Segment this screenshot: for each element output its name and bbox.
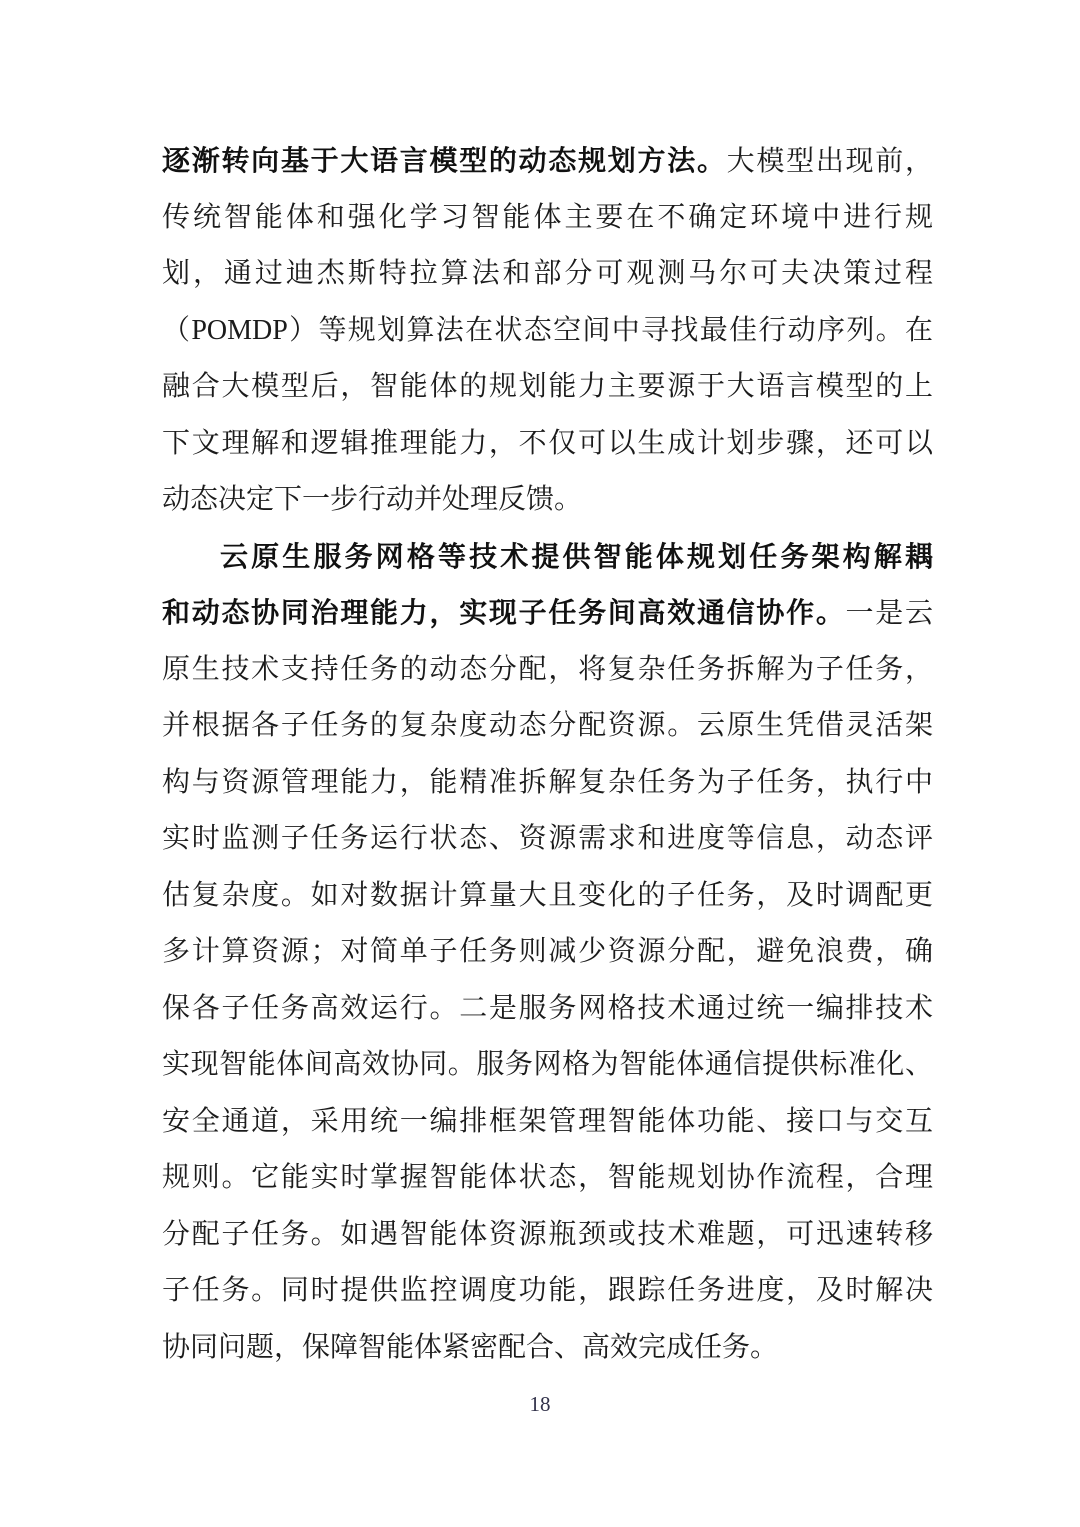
text-line: 实现智能体间高效协同。服务网格为智能体通信提供标准化、 [162, 1037, 933, 1094]
text-segment: 传统智能体和强化学习智能体主要在不确定环境中进行规 [162, 202, 933, 233]
text-line: 分配子任务。如遇智能体资源瓶颈或技术难题，可迅速转移 [162, 1207, 933, 1264]
text-segment: 构与资源管理能力，能精准拆解复杂任务为子任务，执行中 [162, 767, 933, 798]
bold-text-segment: 逐渐转向基于大语言模型的动态规划方法。 [162, 145, 727, 176]
text-line: 融合大模型后，智能体的规划能力主要源于大语言模型的上 [162, 359, 933, 416]
text-line: 实时监测子任务运行状态、资源需求和进度等信息，动态评 [162, 811, 933, 868]
text-segment: 原生技术支持任务的动态分配，将复杂任务拆解为子任务， [162, 654, 933, 685]
text-line: 安全通道，采用统一编排框架管理智能体功能、接口与交互 [162, 1094, 933, 1151]
text-segment: 并根据各子任务的复杂度动态分配资源。云原生凭借灵活架 [162, 710, 933, 741]
text-segment: （POMDP）等规划算法在状态空间中寻找最佳行动序列。在 [162, 315, 933, 346]
text-segment: 估复杂度。如对数据计算量大且变化的子任务，及时调配更 [162, 880, 933, 911]
text-line: 划，通过迪杰斯特拉算法和部分可观测马尔可夫决策过程 [162, 246, 933, 303]
page-number: 18 [0, 1392, 1080, 1417]
text-line: 协同问题，保障智能体紧密配合、高效完成任务。 [162, 1320, 933, 1377]
text-segment: 融合大模型后，智能体的规划能力主要源于大语言模型的上 [162, 371, 933, 402]
text-segment: 下文理解和逻辑推理能力，不仅可以生成计划步骤，还可以 [162, 428, 933, 459]
text-segment: 协同问题，保障智能体紧密配合、高效完成任务。 [162, 1332, 778, 1363]
text-segment: 实时监测子任务运行状态、资源需求和进度等信息，动态评 [162, 823, 933, 854]
text-block: 逐渐转向基于大语言模型的动态规划方法。大模型出现前，传统智能体和强化学习智能体主… [162, 133, 933, 1376]
text-line: 云原生服务网格等技术提供智能体规划任务架构解耦 [162, 529, 933, 586]
text-line: 保各子任务高效运行。二是服务网格技术通过统一编排技术 [162, 981, 933, 1038]
text-segment: 动态决定下一步行动并处理反馈。 [162, 484, 582, 515]
text-line: 规则。它能实时掌握智能体状态，智能规划协作流程，合理 [162, 1150, 933, 1207]
bold-text-segment: 云原生服务网格等技术提供智能体规划任务架构解耦 [220, 541, 933, 572]
text-line: （POMDP）等规划算法在状态空间中寻找最佳行动序列。在 [162, 303, 933, 360]
text-line: 下文理解和逻辑推理能力，不仅可以生成计划步骤，还可以 [162, 416, 933, 473]
text-segment: 实现智能体间高效协同。服务网格为智能体通信提供标准化、 [162, 1049, 933, 1080]
text-line: 构与资源管理能力，能精准拆解复杂任务为子任务，执行中 [162, 755, 933, 812]
document-page: 逐渐转向基于大语言模型的动态规划方法。大模型出现前，传统智能体和强化学习智能体主… [0, 0, 1080, 1527]
text-line: 多计算资源；对简单子任务则减少资源分配，避免浪费，确 [162, 924, 933, 981]
text-line: 动态决定下一步行动并处理反馈。 [162, 472, 933, 529]
text-segment: 划，通过迪杰斯特拉算法和部分可观测马尔可夫决策过程 [162, 258, 933, 289]
text-segment: 一是云 [846, 598, 933, 629]
bold-text-segment: 和动态协同治理能力，实现子任务间高效通信协作。 [162, 597, 846, 628]
text-segment: 安全通道，采用统一编排框架管理智能体功能、接口与交互 [162, 1106, 933, 1137]
text-segment: 多计算资源；对简单子任务则减少资源分配，避免浪费，确 [162, 936, 933, 967]
text-line: 和动态协同治理能力，实现子任务间高效通信协作。一是云 [162, 585, 933, 642]
text-line: 传统智能体和强化学习智能体主要在不确定环境中进行规 [162, 190, 933, 247]
text-line: 估复杂度。如对数据计算量大且变化的子任务，及时调配更 [162, 868, 933, 925]
text-line: 逐渐转向基于大语言模型的动态规划方法。大模型出现前， [162, 133, 933, 190]
text-segment: 分配子任务。如遇智能体资源瓶颈或技术难题，可迅速转移 [162, 1219, 933, 1250]
text-segment: 子任务。同时提供监控调度功能，跟踪任务进度，及时解决 [162, 1275, 933, 1306]
text-line: 子任务。同时提供监控调度功能，跟踪任务进度，及时解决 [162, 1263, 933, 1320]
text-segment: 保各子任务高效运行。二是服务网格技术通过统一编排技术 [162, 993, 933, 1024]
text-segment: 规则。它能实时掌握智能体状态，智能规划协作流程，合理 [162, 1162, 933, 1193]
text-line: 并根据各子任务的复杂度动态分配资源。云原生凭借灵活架 [162, 698, 933, 755]
text-line: 原生技术支持任务的动态分配，将复杂任务拆解为子任务， [162, 642, 933, 699]
text-segment: 大模型出现前， [727, 146, 933, 177]
